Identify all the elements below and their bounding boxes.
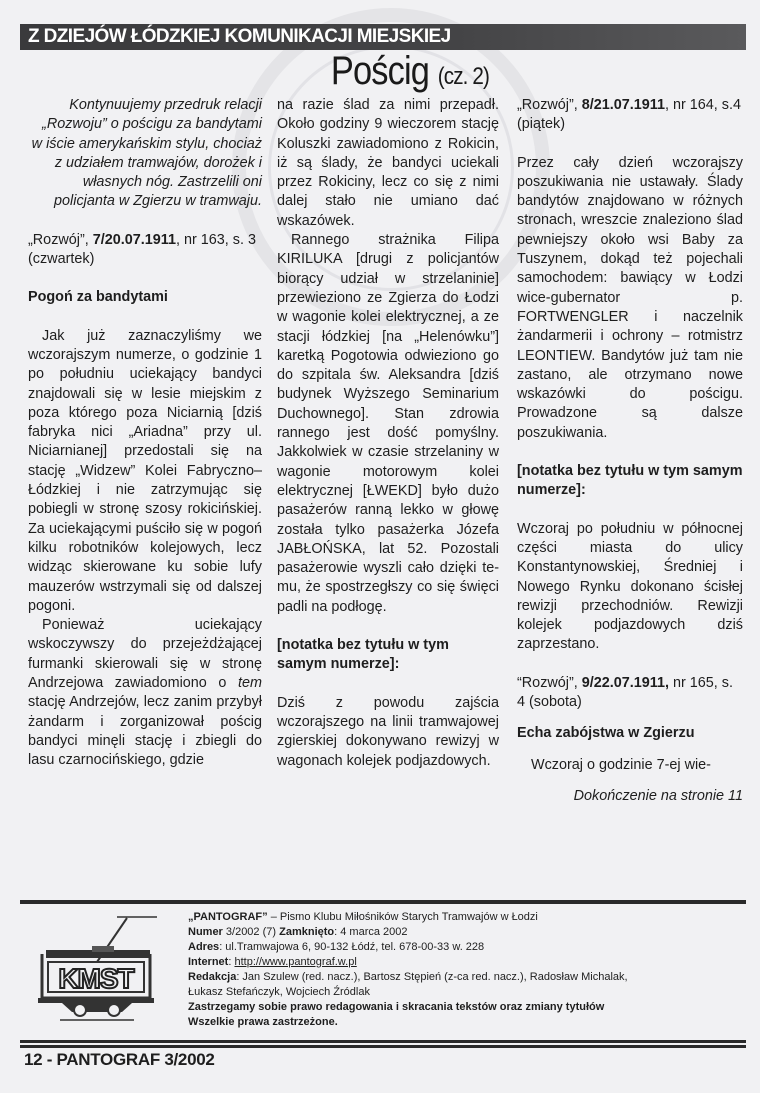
imprint-editors: Redakcja: Jan Szulew (red. nacz.), Barto… xyxy=(188,970,748,985)
imprint-internet: Internet: http://www.pantograf.w.pl xyxy=(188,955,748,970)
paragraph: Wczoraj o godzinie 7-ej wie- xyxy=(517,756,743,775)
column-3: „Rozwój”, 8/21.07.1911, nr 164, s.4 (pią… xyxy=(517,96,743,806)
title-part: (cz. 2) xyxy=(438,63,489,90)
column-2: na razie ślad za nimi przepadł. Około go… xyxy=(277,96,499,771)
divider xyxy=(20,900,746,904)
section-heading: [notatka bez tytułu w tym samym numerze]… xyxy=(517,462,743,501)
divider xyxy=(20,1040,746,1043)
section-heading: Pogoń za bandytami xyxy=(28,288,262,307)
imprint-editors-cont: Łukasz Stefańczyk, Wojciech Źródlak xyxy=(188,985,748,1000)
imprint-issue: Numer 3/2002 (7) Zamknięto: 4 marca 2002 xyxy=(188,925,748,940)
imprint-rights: Wszelkie prawa zastrzeżone. xyxy=(188,1015,748,1030)
imprint-publication: „PANTOGRAF” – Pismo Klubu Miłośników Sta… xyxy=(188,910,748,925)
intro-text: Kontynuujemy przedruk relacji „Rozwoju” … xyxy=(28,96,262,212)
paragraph: Rannego strażnika Filipa KIRILUKA [drugi… xyxy=(277,231,499,617)
title-main: Pościg xyxy=(331,49,429,93)
source-date: 9/22.07.1911, xyxy=(582,675,669,691)
paragraph: Przez cały dzień wczorajszy poszukiwania… xyxy=(517,154,743,443)
article-title: Pościg (cz. 2) xyxy=(307,50,513,98)
section-heading: Echa zabójstwa w Zgierzu xyxy=(517,724,743,743)
paragraph: Wczoraj po południu w północnej części m… xyxy=(517,520,743,655)
imprint-rights-note: Zastrzegamy sobie prawo redagowania i sk… xyxy=(188,1000,748,1015)
continuation-note: Dokończenie na stronie 11 xyxy=(517,787,743,806)
paragraph: Jak już zaznaczyliśmy we wczorajszym num… xyxy=(28,327,262,616)
divider xyxy=(20,1045,746,1048)
section-header: Z DZIEJÓW ŁÓDZKIEJ KOMUNIKACJI MIEJSKIEJ xyxy=(20,24,746,50)
imprint: „PANTOGRAF” – Pismo Klubu Miłośników Sta… xyxy=(188,910,748,1030)
page-footer: 12 - PANTOGRAF 3/2002 xyxy=(24,1050,215,1070)
source-date: 8/21.07.1911 xyxy=(582,97,665,113)
source-citation-3: “Rozwój”, 9/22.07.1911, nr 165, s. 4 (so… xyxy=(517,674,743,713)
paragraph: Dziś z powodu zajścia wczorajszego na li… xyxy=(277,694,499,771)
paragraph: na razie ślad za nimi przepadł. Około go… xyxy=(277,96,499,231)
source-date: 7/20.07.1911 xyxy=(93,232,176,248)
source-citation-2: „Rozwój”, 8/21.07.1911, nr 164, s.4 (pią… xyxy=(517,96,743,135)
website-link[interactable]: http://www.pantograf.w.pl xyxy=(234,956,356,968)
column-1: Kontynuujemy przedruk relacji „Rozwoju” … xyxy=(28,96,262,771)
paragraph: Ponieważ uciekający wskoczywszy do przej… xyxy=(28,616,262,770)
section-heading: [notatka bez tytułu w tym samym numerze]… xyxy=(277,636,499,675)
imprint-address: Adres: ul.Tramwajowa 6, 90-132 Łódź, tel… xyxy=(188,940,748,955)
tram-logo-icon: KMST xyxy=(32,912,160,1024)
svg-text:KMST: KMST xyxy=(58,963,134,994)
source-citation-1: „Rozwój”, 7/20.07.1911, nr 163, s. 3 (cz… xyxy=(28,231,262,270)
